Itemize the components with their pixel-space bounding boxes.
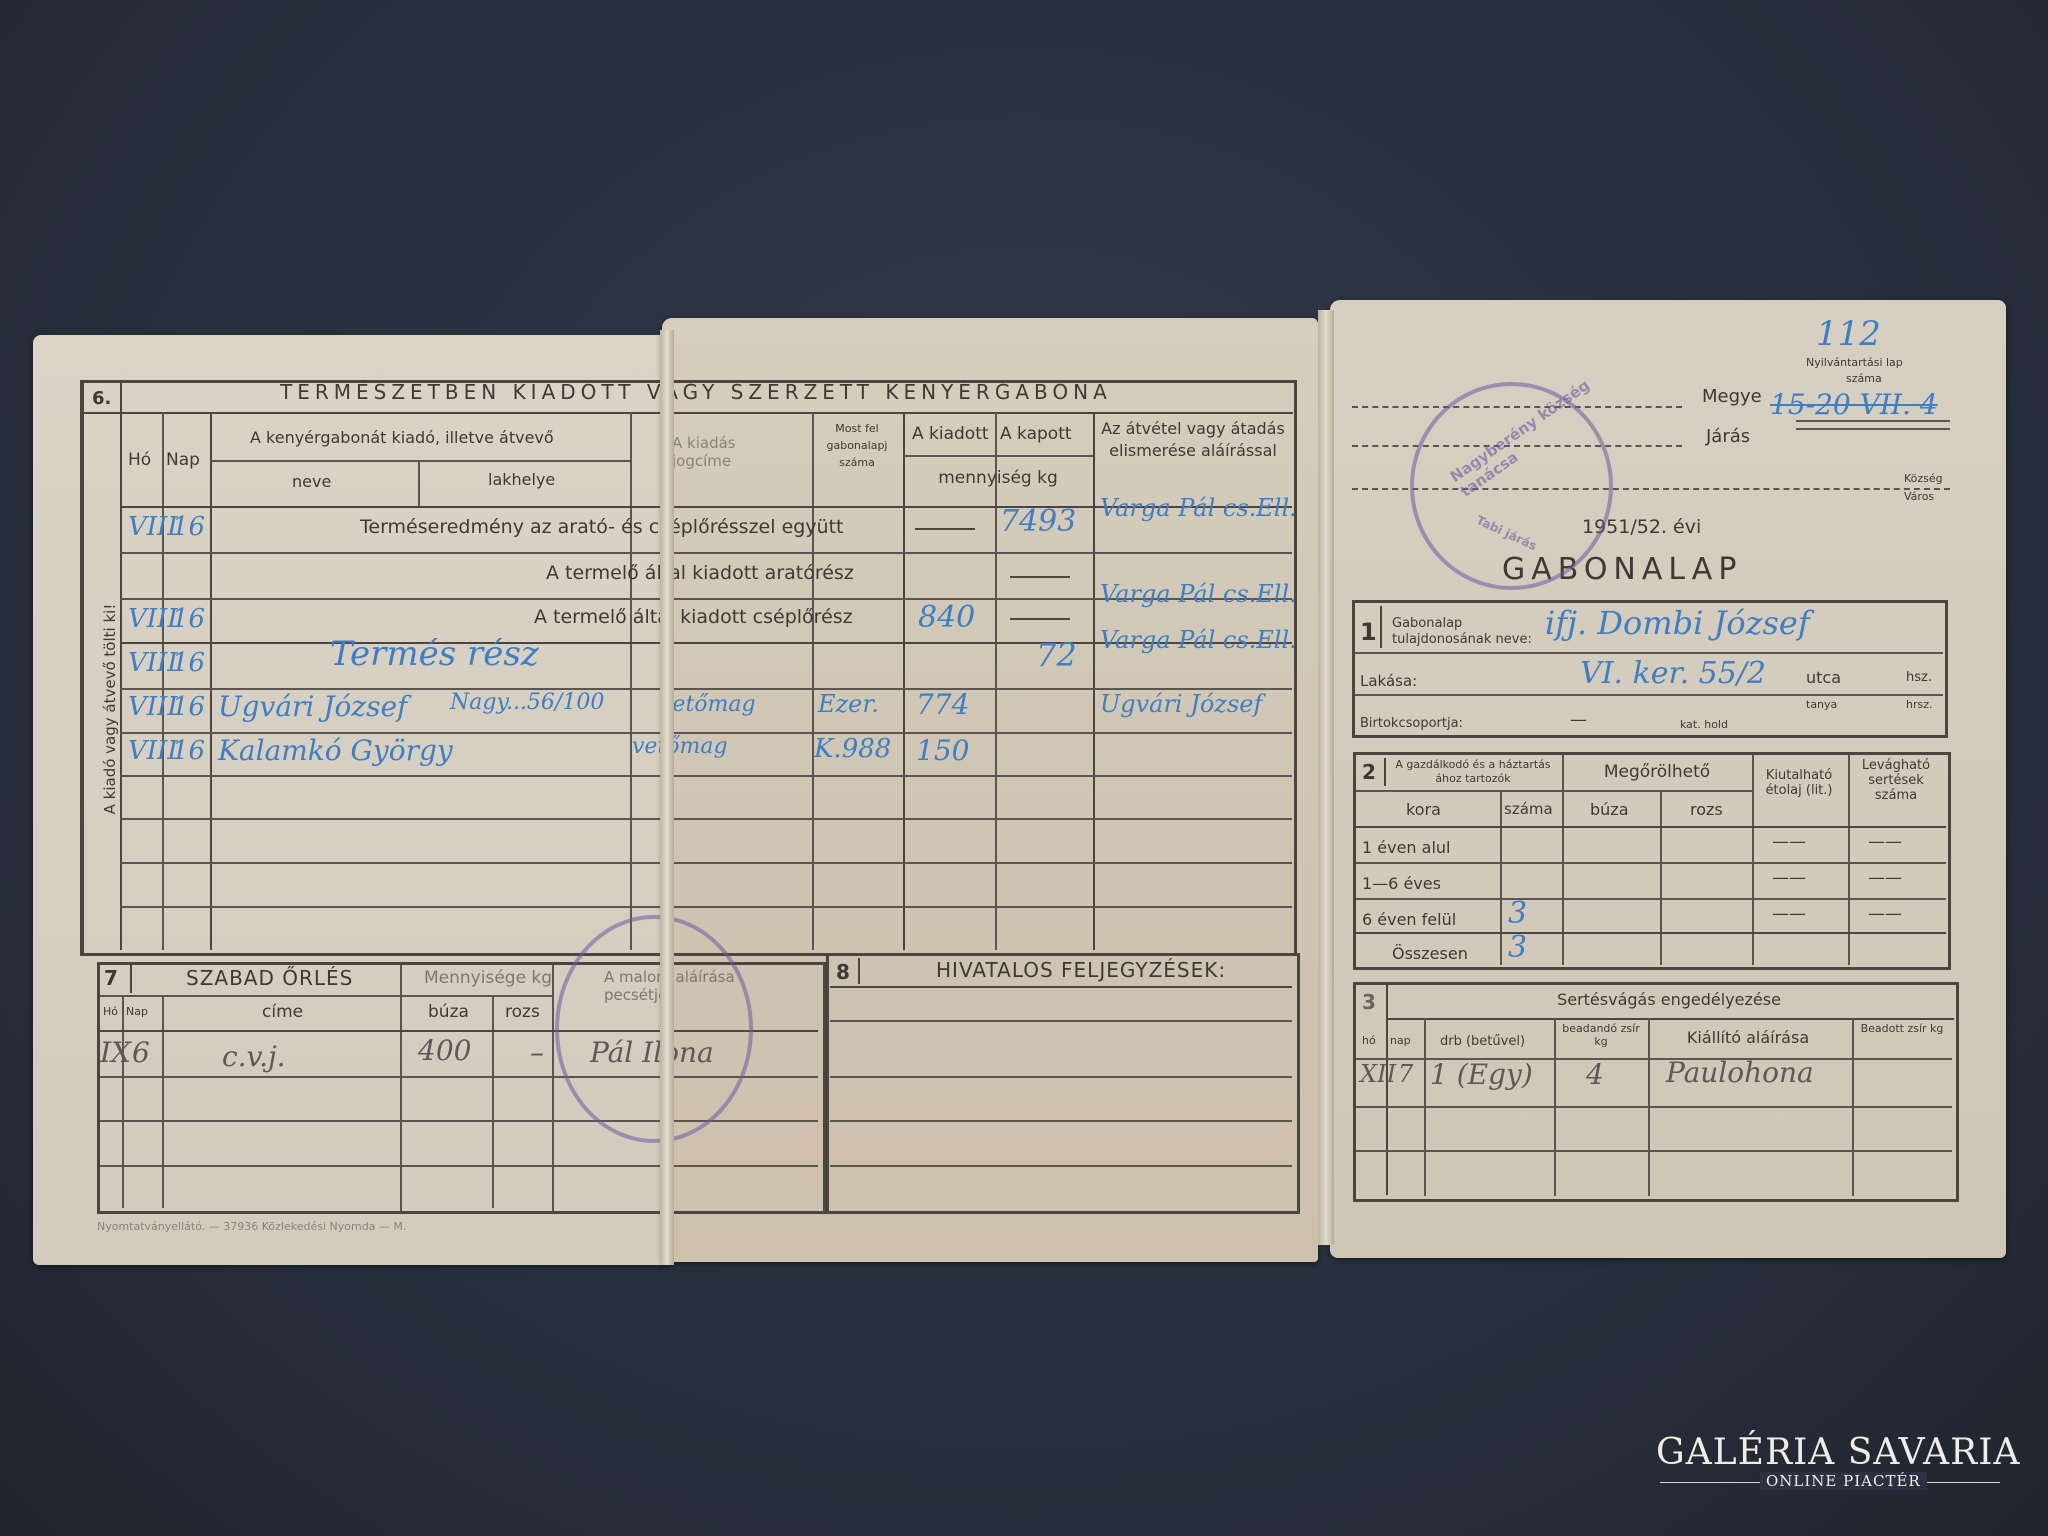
header-nap: nap	[1390, 1034, 1411, 1047]
header-kapott: A kapott	[1000, 424, 1072, 444]
row-rule	[1356, 898, 1946, 900]
col-divider	[492, 995, 494, 1208]
section-7-quantity-header: Mennyisége kg	[424, 968, 552, 988]
etolaj-row-2: ——	[1772, 868, 1806, 888]
section-7-number: 7	[104, 966, 118, 990]
col-divider	[995, 412, 997, 950]
section-3-border	[1353, 982, 1959, 1202]
s3-row-drb: 1 (Egy)	[1430, 1058, 1533, 1091]
s7-row-nap: 6	[132, 1036, 150, 1069]
header-elismeres: Az átvétel vagy átadás elismerése aláírá…	[1098, 418, 1288, 462]
lakasa-label: Lakása:	[1360, 672, 1417, 690]
megorolheto-header: Megőrölhető	[1562, 762, 1752, 782]
council-stamp: Nagyberény község tanácsa Tabi járás	[1410, 382, 1613, 590]
s3-row-beadando: 4	[1586, 1058, 1604, 1091]
hsz-label: hsz.	[1906, 670, 1932, 685]
section-8-border	[826, 953, 1300, 1214]
szama-header: száma	[1504, 800, 1553, 818]
rule	[1562, 790, 1752, 792]
kozseg-label: Község	[1904, 472, 1943, 485]
section-7-header-nap: Nap	[126, 1005, 148, 1018]
divider	[858, 958, 860, 984]
rule	[1355, 694, 1943, 696]
col-divider	[903, 412, 905, 950]
header-mennyiseg: mennyiség kg	[903, 468, 1093, 488]
section-6-number: 6.	[92, 388, 111, 409]
row-rule	[1356, 1150, 1952, 1152]
notes-line	[830, 1076, 1292, 1078]
header-nap: Nap	[166, 450, 200, 470]
header-kiallito: Kiállító aláírása	[1648, 1028, 1848, 1047]
col-divider	[1660, 790, 1662, 965]
s3-row-ho: XII	[1360, 1060, 1396, 1088]
record-label-2: száma	[1846, 372, 1882, 385]
row-rule	[120, 818, 1292, 820]
birtok-value: —	[1570, 710, 1587, 730]
row-1-kapott: 7493	[1000, 504, 1076, 539]
s7-row-buza: 400	[418, 1034, 471, 1067]
sertes-row-1: ——	[1868, 832, 1902, 852]
kora-header: kora	[1406, 800, 1441, 819]
rule	[1796, 420, 1950, 422]
row-1-signature: Varga Pál cs.Ell.	[1100, 494, 1297, 522]
printed-row-3: A termelő által kiadott cséplőrész	[534, 606, 853, 628]
header-lakhelye: lakhelye	[488, 470, 555, 489]
header-beadando: beadandó zsír kg	[1556, 1022, 1646, 1048]
etolaj-row-3: ——	[1772, 904, 1806, 924]
row-1-ho: VIII	[128, 512, 178, 542]
row-rule	[1356, 862, 1946, 864]
section-3-number: 3	[1362, 990, 1376, 1014]
section-8-title: HIVATALOS FELJEGYZÉSEK:	[936, 958, 1226, 982]
printer-imprint: Nyomtatványellátó. — 37936 Közlekedési N…	[97, 1220, 406, 1233]
row-4-nap: 16	[172, 648, 205, 678]
row-4-ho: VIII	[128, 648, 178, 678]
row-5-ho: VIII	[128, 692, 178, 722]
row-5-lakhelye: Nagy...56/100	[450, 690, 604, 715]
utca-label: utca	[1806, 668, 1841, 687]
col-divider	[418, 460, 420, 506]
section-1-number: 1	[1360, 618, 1377, 646]
kora-row-1: 1 éven alul	[1362, 838, 1450, 857]
lakasa-value: VI. ker. 55/2	[1580, 656, 1766, 691]
s3-row-kiallito: Paulohona	[1666, 1056, 1814, 1089]
col-divider	[162, 995, 164, 1208]
row-3-nap: 16	[172, 604, 205, 634]
kora-row-total: Összesen	[1392, 944, 1468, 963]
row-rule	[1356, 1106, 1952, 1108]
section-7-header-cime: címe	[262, 1002, 303, 1022]
row-6-gabonalap: K.988	[814, 734, 891, 764]
divider	[100, 995, 552, 997]
row-rule	[120, 552, 1292, 554]
rule	[1796, 428, 1950, 430]
mill-stamp	[555, 915, 753, 1143]
s7-row-rozs: –	[530, 1036, 544, 1069]
szama-row-total: 3	[1508, 930, 1527, 965]
row-3-ho: VIII	[128, 604, 178, 634]
divider	[83, 412, 1293, 414]
row-rule	[120, 906, 1292, 908]
owner-label-2: tulajdonosának neve:	[1392, 632, 1532, 647]
stamp-inner-text: Tabi járás	[1474, 513, 1539, 553]
rozs-header: rozs	[1690, 800, 1723, 819]
megye-label: Megye	[1702, 386, 1762, 407]
row-5-jogcime: vetőmag	[660, 692, 756, 717]
household-group-header: A gazdálkodó és a háztartás ához tartozó…	[1386, 758, 1560, 786]
owner-name: ifj. Dombi József	[1545, 604, 1810, 642]
divider	[1386, 985, 1388, 1195]
row-1-kiadott-dash	[915, 528, 975, 530]
row-4-neve: Termés rész	[330, 634, 539, 674]
kora-row-3: 6 éven felül	[1362, 910, 1456, 929]
header-bottom-rule	[1356, 826, 1946, 828]
printed-row-1: Terméseredmény az arató- és cséplőréssze…	[360, 516, 844, 538]
divider	[830, 986, 1292, 988]
section-6-title: TERMÉSZETBEN KIADOTT VAGY SZERZETT KENYÉ…	[280, 380, 1112, 404]
rule	[1386, 1018, 1954, 1020]
row-rule	[120, 775, 1292, 777]
row-4-signature: Varga Pál cs.Ell.	[1100, 626, 1297, 654]
header-jogcime: A kiadás jogcíme	[672, 434, 762, 470]
sertes-row-2: ——	[1868, 868, 1902, 888]
hrsz-label: hrsz.	[1906, 698, 1933, 711]
tanya-label: tanya	[1806, 698, 1837, 711]
fold-crease	[660, 330, 674, 1265]
col-divider	[400, 965, 402, 1211]
szama-row-3: 3	[1508, 896, 1527, 931]
row-6-neve: Kalamkó György	[218, 734, 453, 767]
s7-row-ho: IX	[100, 1036, 131, 1069]
watermark-subtitle: ONLINE PIACTÉR	[1760, 1472, 1927, 1490]
header-ho: hó	[1362, 1034, 1376, 1047]
rule	[1355, 652, 1943, 654]
header-gabonalap-szama: Most fel gabonalapj száma	[814, 420, 900, 471]
notes-line	[830, 1020, 1292, 1022]
col-divider	[630, 412, 632, 950]
row-4-kapott: 72	[1036, 636, 1077, 674]
col-divider	[552, 965, 554, 1211]
stamp-text: Nagyberény község tanácsa	[1447, 375, 1604, 500]
etolaj-header: Kiutalható étolaj (lit.)	[1754, 768, 1844, 798]
header-issuer-group: A kenyérgabonát kiadó, illetve átvevő	[250, 428, 554, 447]
row-5-neve: Ugvári József	[218, 690, 407, 723]
col-divider	[812, 412, 814, 950]
row-2-kapott-dash	[1010, 576, 1070, 578]
section-8-number: 8	[836, 960, 850, 984]
row-3-kiadott: 840	[918, 600, 975, 635]
fold-crease	[1318, 310, 1334, 1245]
section-7-title: SZABAD ŐRLÉS	[186, 966, 353, 990]
divider	[120, 383, 122, 413]
section-7-header-rozs: rozs	[505, 1002, 540, 1022]
row-3-signature: Varga Pál cs.Ell.	[1100, 580, 1297, 608]
col-divider	[1500, 790, 1502, 965]
record-number: 112	[1816, 314, 1881, 354]
section-2-number: 2	[1362, 760, 1376, 784]
sertes-row-3: ——	[1868, 904, 1902, 924]
header-kiadott: A kiadott	[912, 424, 989, 444]
row-6-ho: VIII	[128, 736, 178, 766]
row-rule	[1356, 932, 1946, 934]
jaras-label: Járás	[1706, 426, 1750, 447]
notes-line	[830, 1120, 1292, 1122]
side-label: A kiadó vagy átvevő tölti ki!	[101, 559, 119, 859]
header-beadott: Beadott zsír kg	[1854, 1022, 1950, 1035]
row-6-nap: 16	[172, 736, 205, 766]
row-rule	[120, 862, 1292, 864]
row-6-kiadott: 150	[916, 734, 969, 767]
etolaj-row-1: ——	[1772, 832, 1806, 852]
col-divider	[122, 995, 124, 1208]
divider	[210, 460, 630, 462]
divider	[130, 965, 132, 993]
col-divider	[210, 412, 212, 950]
row-5-kiadott: 774	[916, 688, 969, 721]
owner-label-1: Gabonalap	[1392, 616, 1462, 631]
header-ho: Hó	[128, 450, 151, 470]
rule	[1356, 790, 1562, 792]
varos-label: Város	[1904, 490, 1934, 503]
divider	[120, 412, 122, 950]
section-7-header-ho: Hó	[103, 1005, 118, 1018]
col-divider	[162, 412, 164, 950]
row-1-nap: 16	[172, 512, 205, 542]
kora-row-2: 1—6 éves	[1362, 874, 1441, 893]
row-6-jogcime: vetőmag	[632, 734, 728, 759]
sertes-header: Levágható sertések száma	[1850, 758, 1942, 803]
record-label-1: Nyilvántartási lap	[1806, 356, 1903, 369]
birtok-label: Birtokcsoportja:	[1360, 716, 1463, 731]
row-5-signature: Ugvári József	[1100, 690, 1262, 718]
header-neve: neve	[292, 472, 331, 491]
row-5-gabonalap: Ezer.	[818, 690, 879, 718]
struck-value: 15-20 VII. 4	[1770, 388, 1938, 421]
row-5-nap: 16	[172, 692, 205, 722]
s7-row-cime: c.v.j.	[222, 1040, 286, 1073]
watermark-brand: GALÉRIA SAVARIA	[1656, 1432, 2020, 1473]
row-rule	[100, 1165, 818, 1167]
s3-row-nap: 7	[1398, 1060, 1413, 1088]
buza-header: búza	[1590, 800, 1629, 819]
col-divider	[1093, 412, 1095, 950]
section-7-header-buza: búza	[428, 1002, 469, 1022]
notes-line	[830, 1165, 1292, 1167]
header-drb: drb (betűvel)	[1440, 1034, 1525, 1049]
kat-hold-label: kat. hold	[1680, 718, 1728, 731]
section-3-title: Sertésvágás engedélyezése	[1386, 990, 1952, 1009]
row-3-kapott-dash	[1010, 618, 1070, 620]
divider	[903, 455, 1093, 457]
printed-row-2: A termelő által kiadott aratórész	[546, 562, 854, 584]
divider	[1380, 606, 1382, 648]
